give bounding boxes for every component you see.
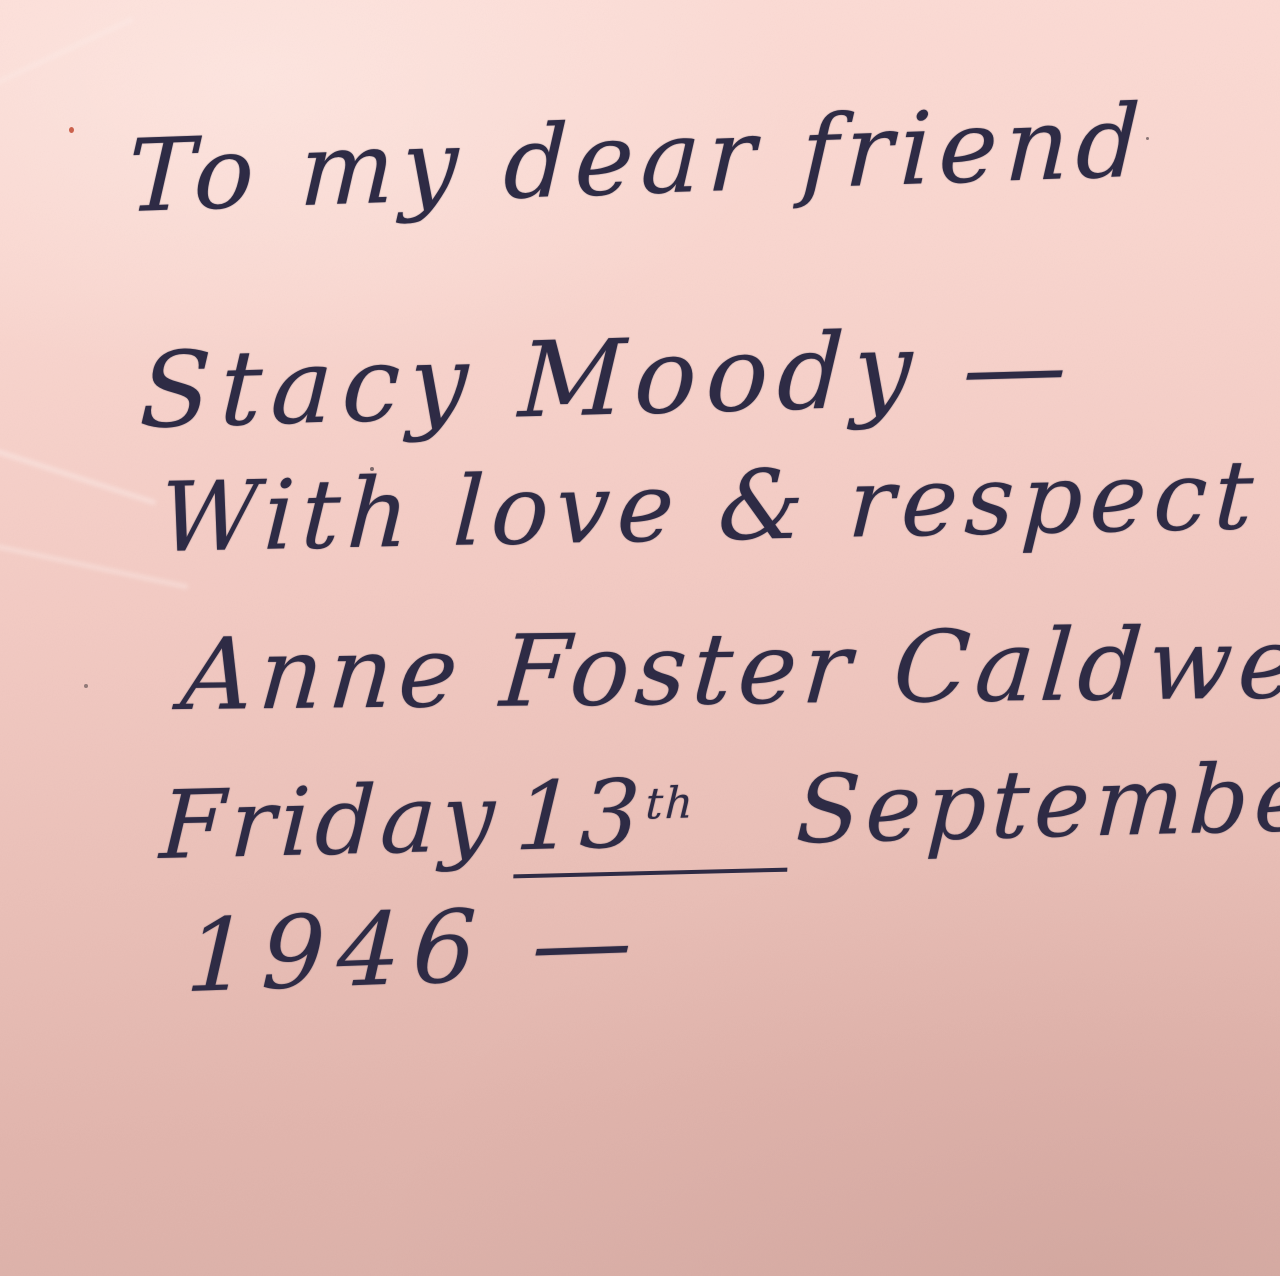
inscription-line-signature: Anne Foster Caldwell bbox=[178, 605, 1280, 733]
date-day: 13 bbox=[513, 760, 648, 872]
paper-grain-texture bbox=[0, 0, 1280, 1276]
paper-crease bbox=[0, 441, 156, 506]
inscription-line-year: 1946 — bbox=[184, 882, 646, 1015]
paper-crease bbox=[0, 536, 188, 590]
paper-crease bbox=[0, 16, 134, 89]
date-ordinal: th bbox=[644, 778, 695, 829]
paper-speck bbox=[370, 467, 374, 471]
date-month: September bbox=[794, 742, 1280, 865]
date-day-underlined: 13th bbox=[513, 757, 793, 879]
paper-speck bbox=[1146, 137, 1149, 140]
date-weekday: Friday bbox=[158, 764, 502, 881]
inscription-line-dedication: To my dear friend bbox=[126, 82, 1149, 235]
inscription-page-photo: To my dear friend Stacy Moody — With lov… bbox=[0, 0, 1280, 1276]
paper-speck bbox=[84, 684, 88, 688]
paper-speck-red bbox=[69, 127, 74, 133]
inscription-line-date: Friday13thSeptember bbox=[157, 742, 1280, 887]
inscription-line-sentiment: With love & respect — bbox=[157, 436, 1280, 574]
inscription-line-recipient: Stacy Moody — bbox=[137, 304, 1078, 452]
